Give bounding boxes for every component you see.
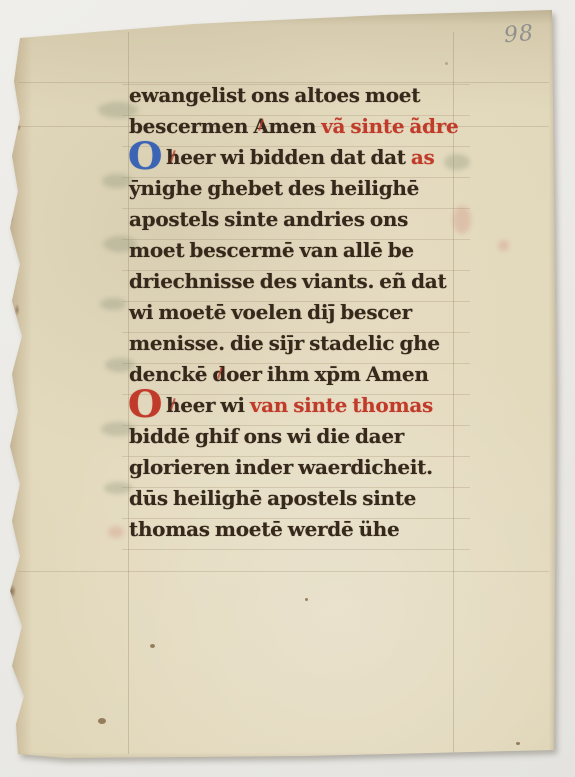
body-text: dūs heilighē apostels sinte: [129, 486, 416, 510]
stain-speck: [516, 742, 520, 745]
body-text: ȳnighe ghebet des heilighē: [129, 176, 419, 200]
showthrough-smudge-pink: [498, 240, 509, 251]
text-line: wi moetē voelen dij̄ bescer: [129, 297, 481, 328]
text-line: biddē ghif ons wi die daer: [129, 421, 481, 452]
text-line: glorieren inder waerdicheit.: [129, 452, 481, 483]
body-text: A: [253, 114, 268, 138]
text-line: Oheer wi bidden dat dat as: [129, 142, 481, 173]
stain-speck: [98, 718, 106, 724]
text-line: thomas moetē werdē ühe: [129, 514, 481, 545]
body-text: h: [166, 145, 180, 169]
text-line: menisse. die sij̄r stadelic ghe: [129, 328, 481, 359]
rubric-text: vã sinte ãdre: [321, 114, 458, 138]
rubric-text: van sinte thomas: [250, 393, 433, 417]
text-line: driechnisse des viants. eñ dat: [129, 266, 481, 297]
body-text: eer wi bidden dat dat: [180, 145, 411, 169]
body-text: apostels sinte andries ons: [129, 207, 408, 231]
ruling-line-horizontal-bottom: [18, 571, 549, 572]
body-text: eer wi: [180, 393, 250, 417]
manuscript-leaf: 98 ewangelist ons altoes moetbescermen A…: [4, 6, 561, 766]
text-line: Oheer wi van sinte thomas: [129, 390, 481, 421]
decorated-initial: O: [128, 142, 162, 170]
body-text: oer ihm xp̄m Amen: [226, 362, 429, 386]
text-line: ewangelist ons altoes moet: [129, 80, 481, 111]
rubric-text: as: [411, 145, 435, 169]
stain-speck: [445, 62, 448, 65]
body-text: driechnisse des viants. eñ dat: [129, 269, 446, 293]
body-text: glorieren inder waerdicheit.: [129, 455, 433, 479]
text-block: ewangelist ons altoes moetbescermen Amen…: [129, 80, 481, 545]
body-text: thomas moetē werdē ühe: [129, 517, 399, 541]
text-line: ȳnighe ghebet des heilighē: [129, 173, 481, 204]
text-line: denckē doer ihm xp̄m Amen: [129, 359, 481, 390]
folio-number: 98: [503, 21, 535, 49]
showthrough-smudge: [104, 482, 132, 494]
body-text: h: [166, 393, 180, 417]
body-text: menisse. die sij̄r stadelic ghe: [129, 331, 440, 355]
text-line: apostels sinte andries ons: [129, 204, 481, 235]
decorated-initial: O: [128, 390, 162, 418]
deckled-binding-edge: [4, 6, 32, 766]
text-line: dūs heilighē apostels sinte: [129, 483, 481, 514]
showthrough-smudge-pink: [108, 526, 124, 538]
manuscript-leaf-wrap: 98 ewangelist ons altoes moetbescermen A…: [0, 0, 575, 777]
showthrough-smudge: [100, 298, 126, 310]
body-text: d: [212, 362, 226, 386]
stain-speck: [150, 644, 155, 648]
body-text: biddē ghif ons wi die daer: [129, 424, 404, 448]
body-text: men: [269, 114, 322, 138]
stain-speck: [305, 598, 308, 601]
body-text: moet bescermē van allē be: [129, 238, 414, 262]
body-text: wi moetē voelen dij̄ bescer: [129, 300, 412, 324]
scan-background: { "page": { "kind_label": "manuscript-le…: [0, 0, 575, 777]
text-line: moet bescermē van allē be: [129, 235, 481, 266]
text-line: bescermen Amen vã sinte ãdre: [129, 111, 481, 142]
body-text: ewangelist ons altoes moet: [129, 83, 420, 107]
